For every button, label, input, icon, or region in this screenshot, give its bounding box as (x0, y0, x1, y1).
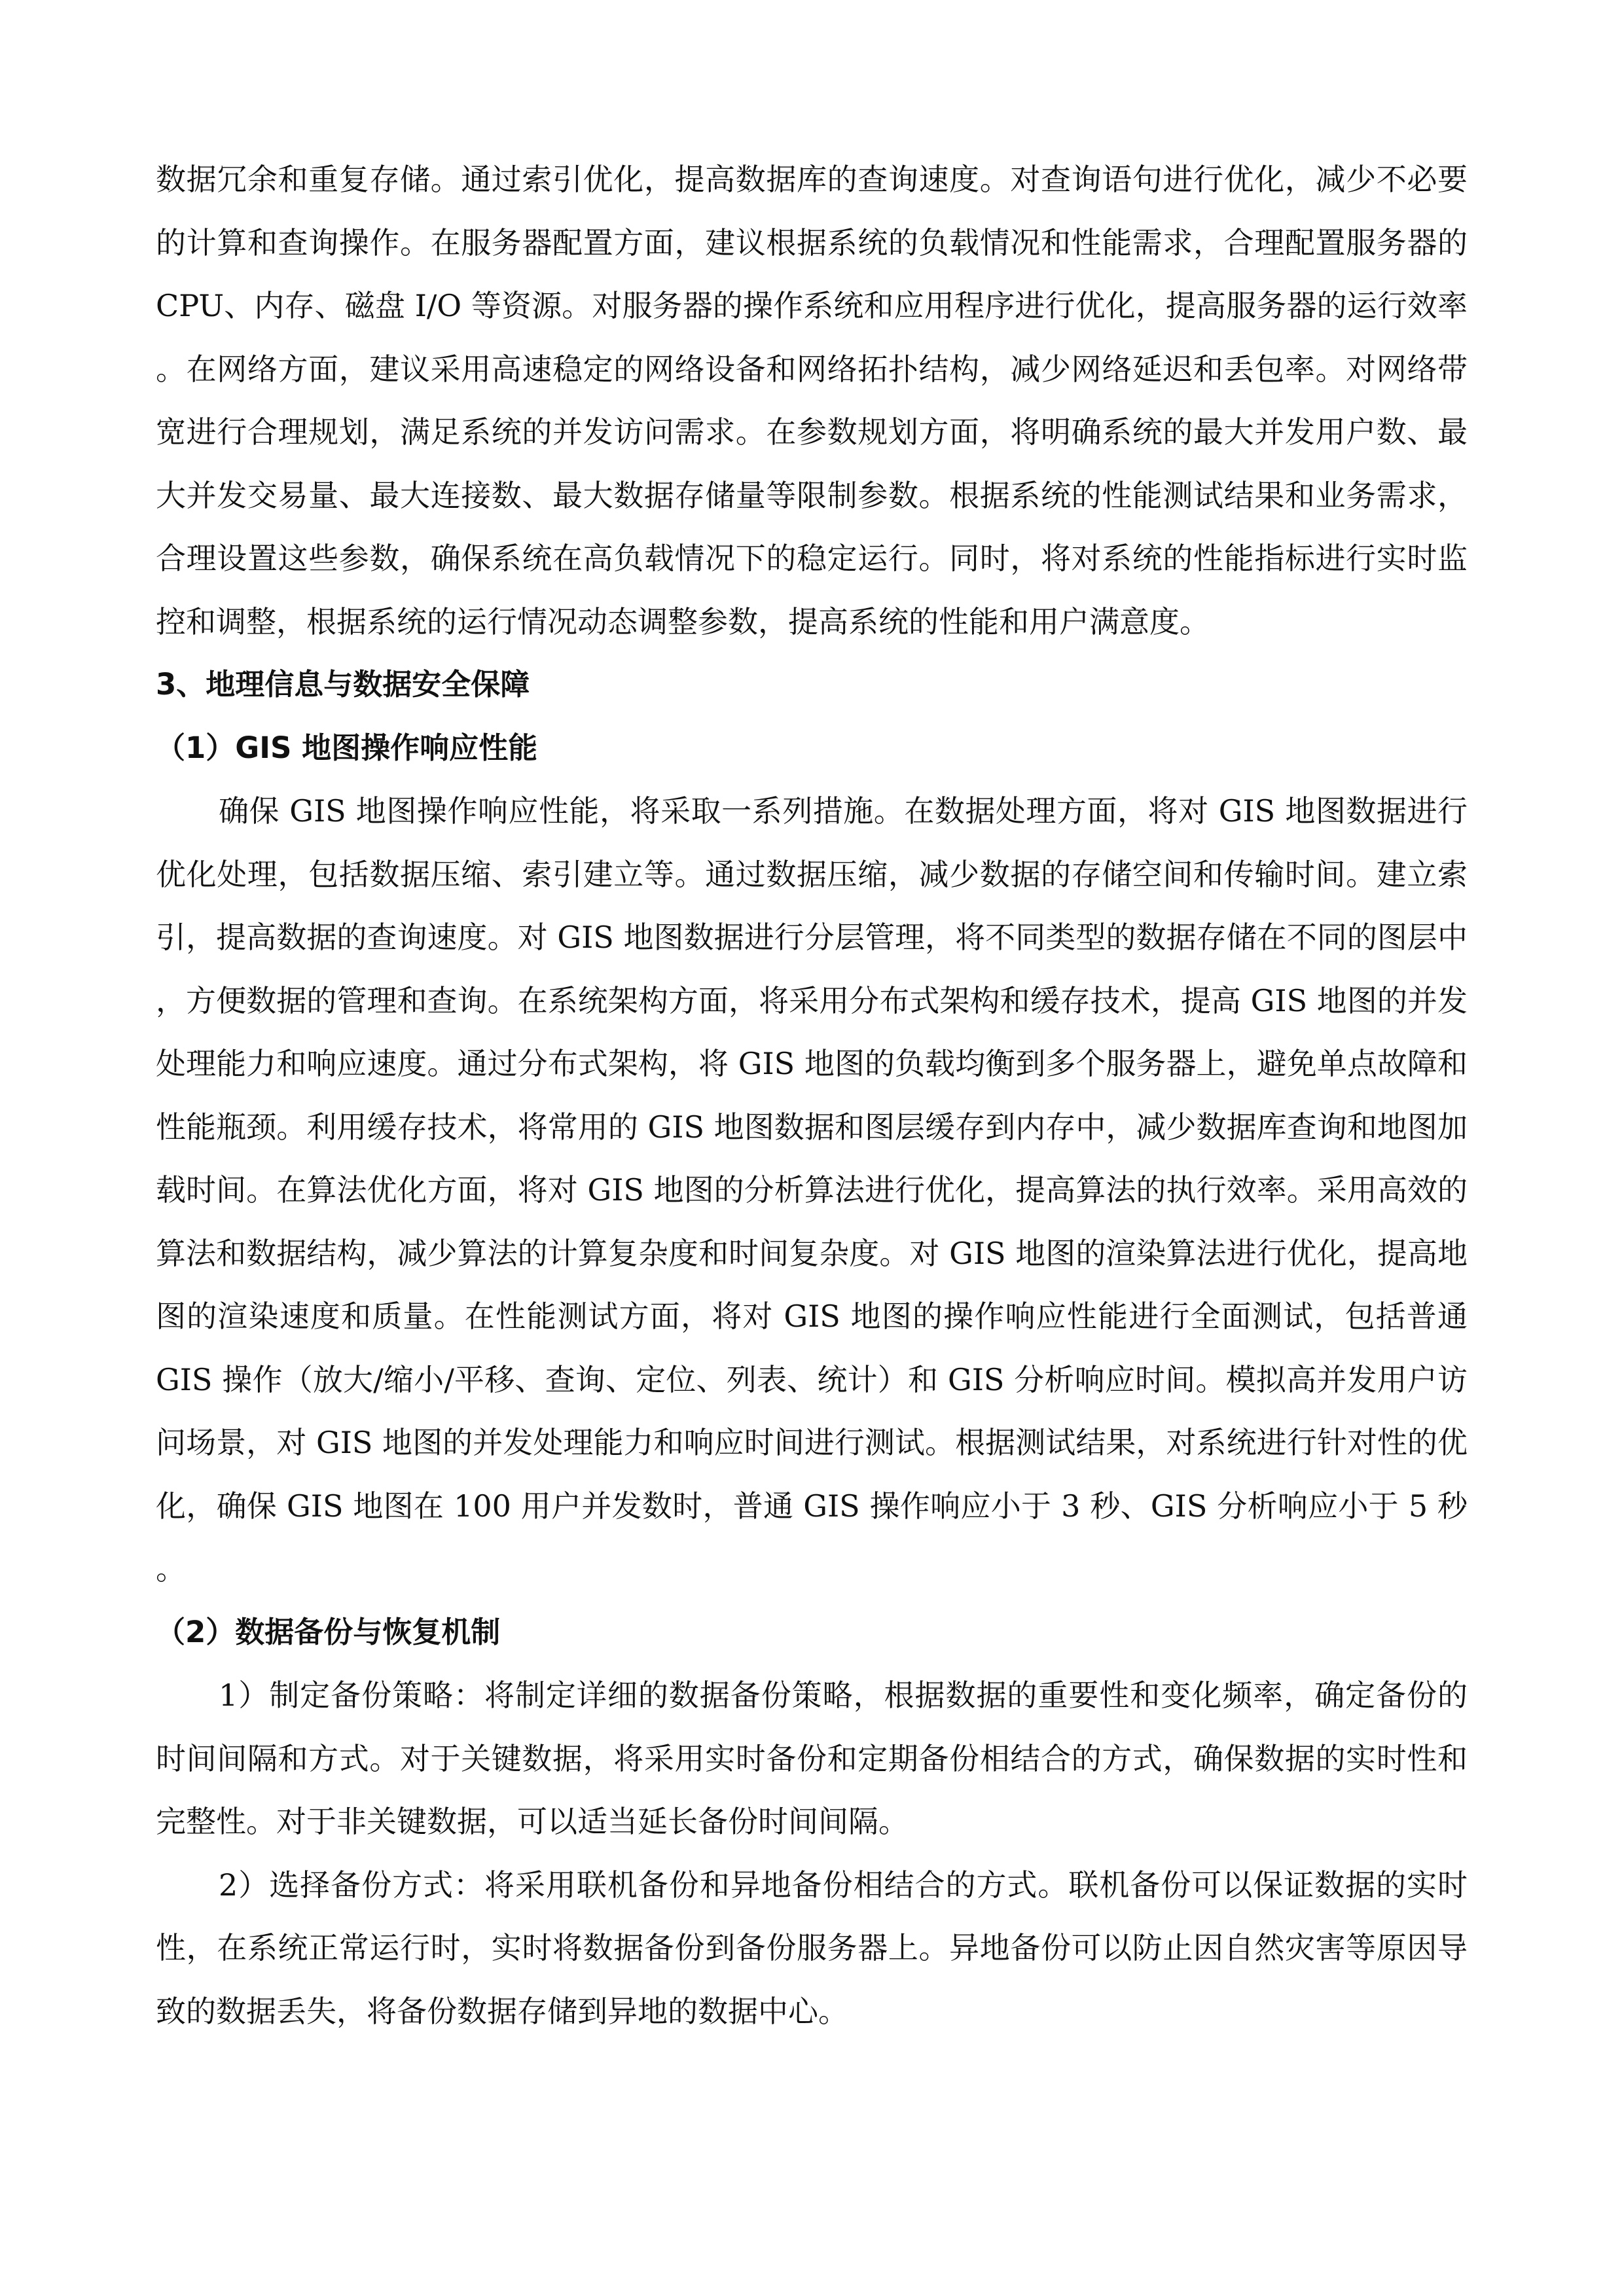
paragraph-performance-tuning: 数据冗余和重复存储。通过索引优化，提高数据库的查询速度。对查询语句进行优化，减少… (156, 148, 1468, 653)
paragraph-gis-response: 确保 GIS 地图操作响应性能，将采取一系列措施。在数据处理方面，将对 GIS … (156, 780, 1468, 1601)
subsection-heading-backup-recovery: （2）数据备份与恢复机制 (156, 1601, 1468, 1664)
paragraph-backup-method: 2）选择备份方式：将采用联机备份和异地备份相结合的方式。联机备份可以保证数据的实… (156, 1854, 1468, 2043)
subsection-heading-gis-response: （1）GIS 地图操作响应性能 (156, 717, 1468, 780)
paragraph-backup-strategy: 1）制定备份策略：将制定详细的数据备份策略，根据数据的重要性和变化频率，确定备份… (156, 1664, 1468, 1854)
section-heading-geo-data-security: 3、地理信息与数据安全保障 (156, 653, 1468, 717)
document-page: 数据冗余和重复存储。通过索引优化，提高数据库的查询速度。对查询语句进行优化，减少… (156, 148, 1468, 2043)
